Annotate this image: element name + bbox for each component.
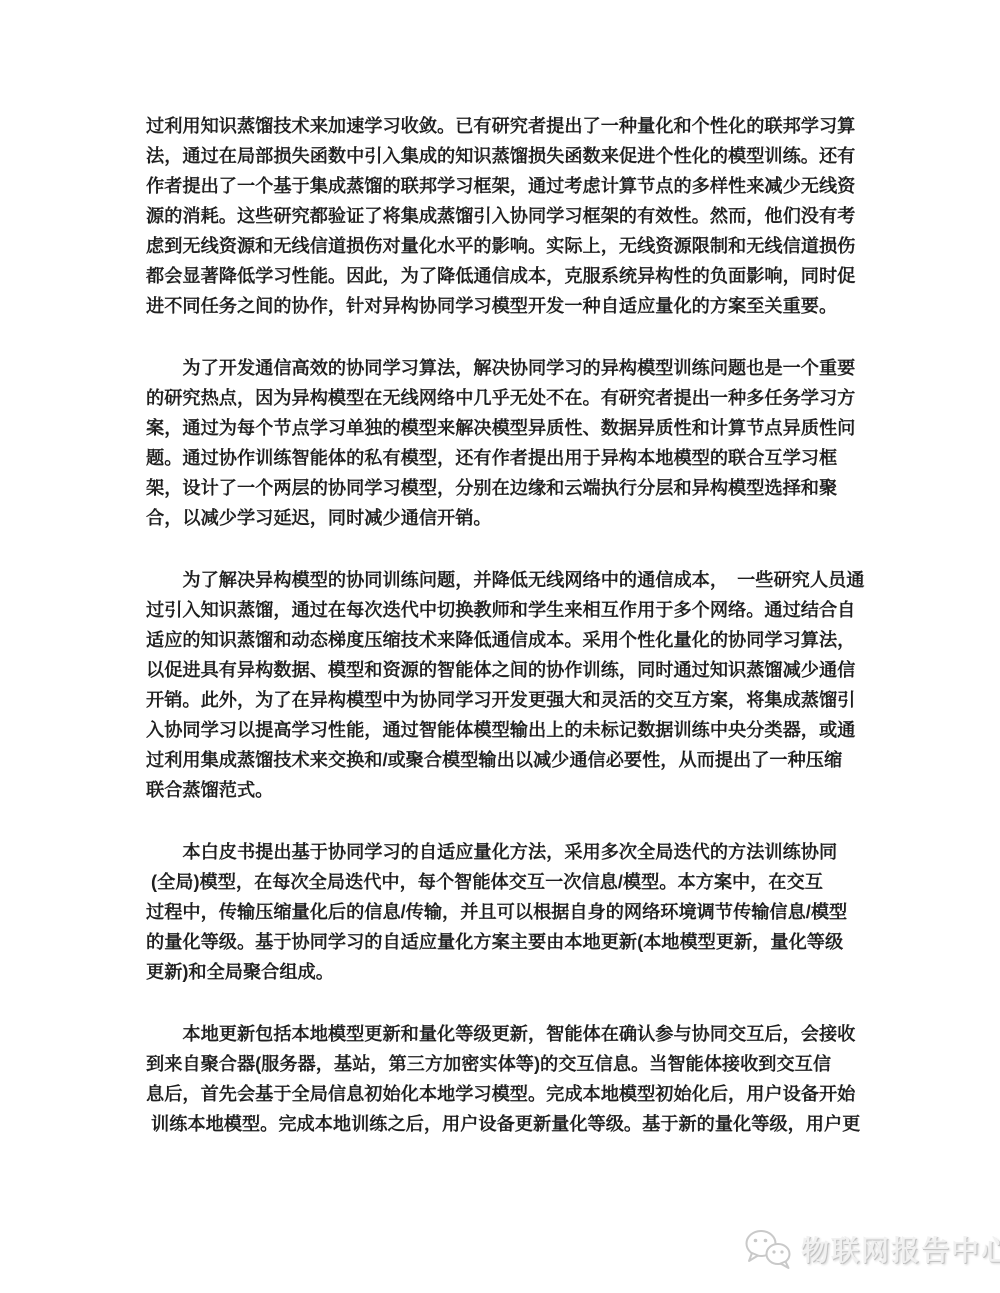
- text-line: 都会显著降低学习性能。因此，为了降低通信成本，克服系统异构性的负面影响，同时促: [146, 261, 862, 291]
- text-line: 虑到无线资源和无线信道损伤对量化水平的影响。实际上，无线资源限制和无线信道损伤: [146, 231, 862, 261]
- paragraph: 本白皮书提出基于协同学习的自适应量化方法，采用多次全局迭代的方法训练协同 (全局…: [146, 837, 862, 987]
- document-page: 过利用知识蒸馏技术来加速学习收敛。已有研究者提出了一种量化和个性化的联邦学习算法…: [0, 0, 1000, 1293]
- text-line: 本地更新包括本地模型更新和量化等级更新，智能体在确认参与协同交互后，会接收: [146, 1019, 862, 1049]
- text-line: 的研究热点，因为异构模型在无线网络中几乎无处不在。有研究者提出一种多任务学习方: [146, 383, 862, 413]
- text-line: 训练本地模型。完成本地训练之后，用户设备更新量化等级。基于新的量化等级，用户更: [146, 1109, 862, 1139]
- watermark-label: 物联网报告中心: [801, 1229, 1000, 1269]
- paragraph: 为了解决异构模型的协同训练问题，并降低无线网络中的通信成本， 一些研究人员通过引…: [146, 565, 862, 805]
- paragraph: 本地更新包括本地模型更新和量化等级更新，智能体在确认参与协同交互后，会接收到来自…: [146, 1019, 862, 1139]
- text-line: 本白皮书提出基于协同学习的自适应量化方法，采用多次全局迭代的方法训练协同: [146, 837, 862, 867]
- text-line: 联合蒸馏范式。: [146, 775, 862, 805]
- text-line: 为了解决异构模型的协同训练问题，并降低无线网络中的通信成本， 一些研究人员通: [146, 565, 862, 595]
- text-line: 入协同学习以提高学习性能，通过智能体模型输出上的未标记数据训练中央分类器，或通: [146, 715, 862, 745]
- text-line: 过引入知识蒸馏，通过在每次迭代中切换教师和学生来相互作用于多个网络。通过结合自: [146, 595, 862, 625]
- text-line: 过程中，传输压缩量化后的信息/传输，并且可以根据自身的网络环境调节传输信息/模型: [146, 897, 862, 927]
- text-line: 适应的知识蒸馏和动态梯度压缩技术来降低通信成本。采用个性化量化的协同学习算法，: [146, 625, 862, 655]
- text-line: 过利用集成蒸馏技术来交换和/或聚合模型输出以减少通信必要性，从而提出了一种压缩: [146, 745, 862, 775]
- text-line: 架，设计了一个两层的协同学习模型，分别在边缘和云端执行分层和异构模型选择和聚: [146, 473, 862, 503]
- text-line: 合，以减少学习延迟，同时减少通信开销。: [146, 503, 862, 533]
- paragraph: 为了开发通信高效的协同学习算法，解决协同学习的异构模型训练问题也是一个重要的研究…: [146, 353, 862, 533]
- text-line: 更新)和全局聚合组成。: [146, 957, 862, 987]
- text-line: 法，通过在局部损失函数中引入集成的知识蒸馏损失函数来促进个性化的模型训练。还有: [146, 141, 862, 171]
- text-line: 以促进具有异构数据、模型和资源的智能体之间的协作训练，同时通过知识蒸馏减少通信: [146, 655, 862, 685]
- paragraph: 过利用知识蒸馏技术来加速学习收敛。已有研究者提出了一种量化和个性化的联邦学习算法…: [146, 111, 862, 321]
- page-body-text: 过利用知识蒸馏技术来加速学习收敛。已有研究者提出了一种量化和个性化的联邦学习算法…: [146, 111, 862, 1139]
- text-line: 为了开发通信高效的协同学习算法，解决协同学习的异构模型训练问题也是一个重要: [146, 353, 862, 383]
- text-line: (全局)模型，在每次全局迭代中，每个智能体交互一次信息/模型。本方案中，在交互: [146, 867, 862, 897]
- text-line: 到来自聚合器(服务器，基站，第三方加密实体等)的交互信息。当智能体接收到交互信: [146, 1049, 862, 1079]
- text-line: 案，通过为每个节点学习单独的模型来解决模型异质性、数据异质性和计算节点异质性问: [146, 413, 862, 443]
- text-line: 进不同任务之间的协作，针对异构协同学习模型开发一种自适应量化的方案至关重要。: [146, 291, 862, 321]
- watermark: 物联网报告中心: [744, 1228, 1000, 1270]
- text-line: 的量化等级。基于协同学习的自适应量化方案主要由本地更新(本地模型更新，量化等级: [146, 927, 862, 957]
- text-line: 源的消耗。这些研究都验证了将集成蒸馏引入协同学习框架的有效性。然而，他们没有考: [146, 201, 862, 231]
- text-line: 题。通过协作训练智能体的私有模型，还有作者提出用于异构本地模型的联合互学习框: [146, 443, 862, 473]
- text-line: 过利用知识蒸馏技术来加速学习收敛。已有研究者提出了一种量化和个性化的联邦学习算: [146, 111, 862, 141]
- text-line: 作者提出了一个基于集成蒸馏的联邦学习框架，通过考虑计算节点的多样性来减少无线资: [146, 171, 862, 201]
- wechat-icon: [744, 1228, 792, 1270]
- text-line: 开销。此外，为了在异构模型中为协同学习开发更强大和灵活的交互方案，将集成蒸馏引: [146, 685, 862, 715]
- text-line: 息后，首先会基于全局信息初始化本地学习模型。完成本地模型初始化后，用户设备开始: [146, 1079, 862, 1109]
